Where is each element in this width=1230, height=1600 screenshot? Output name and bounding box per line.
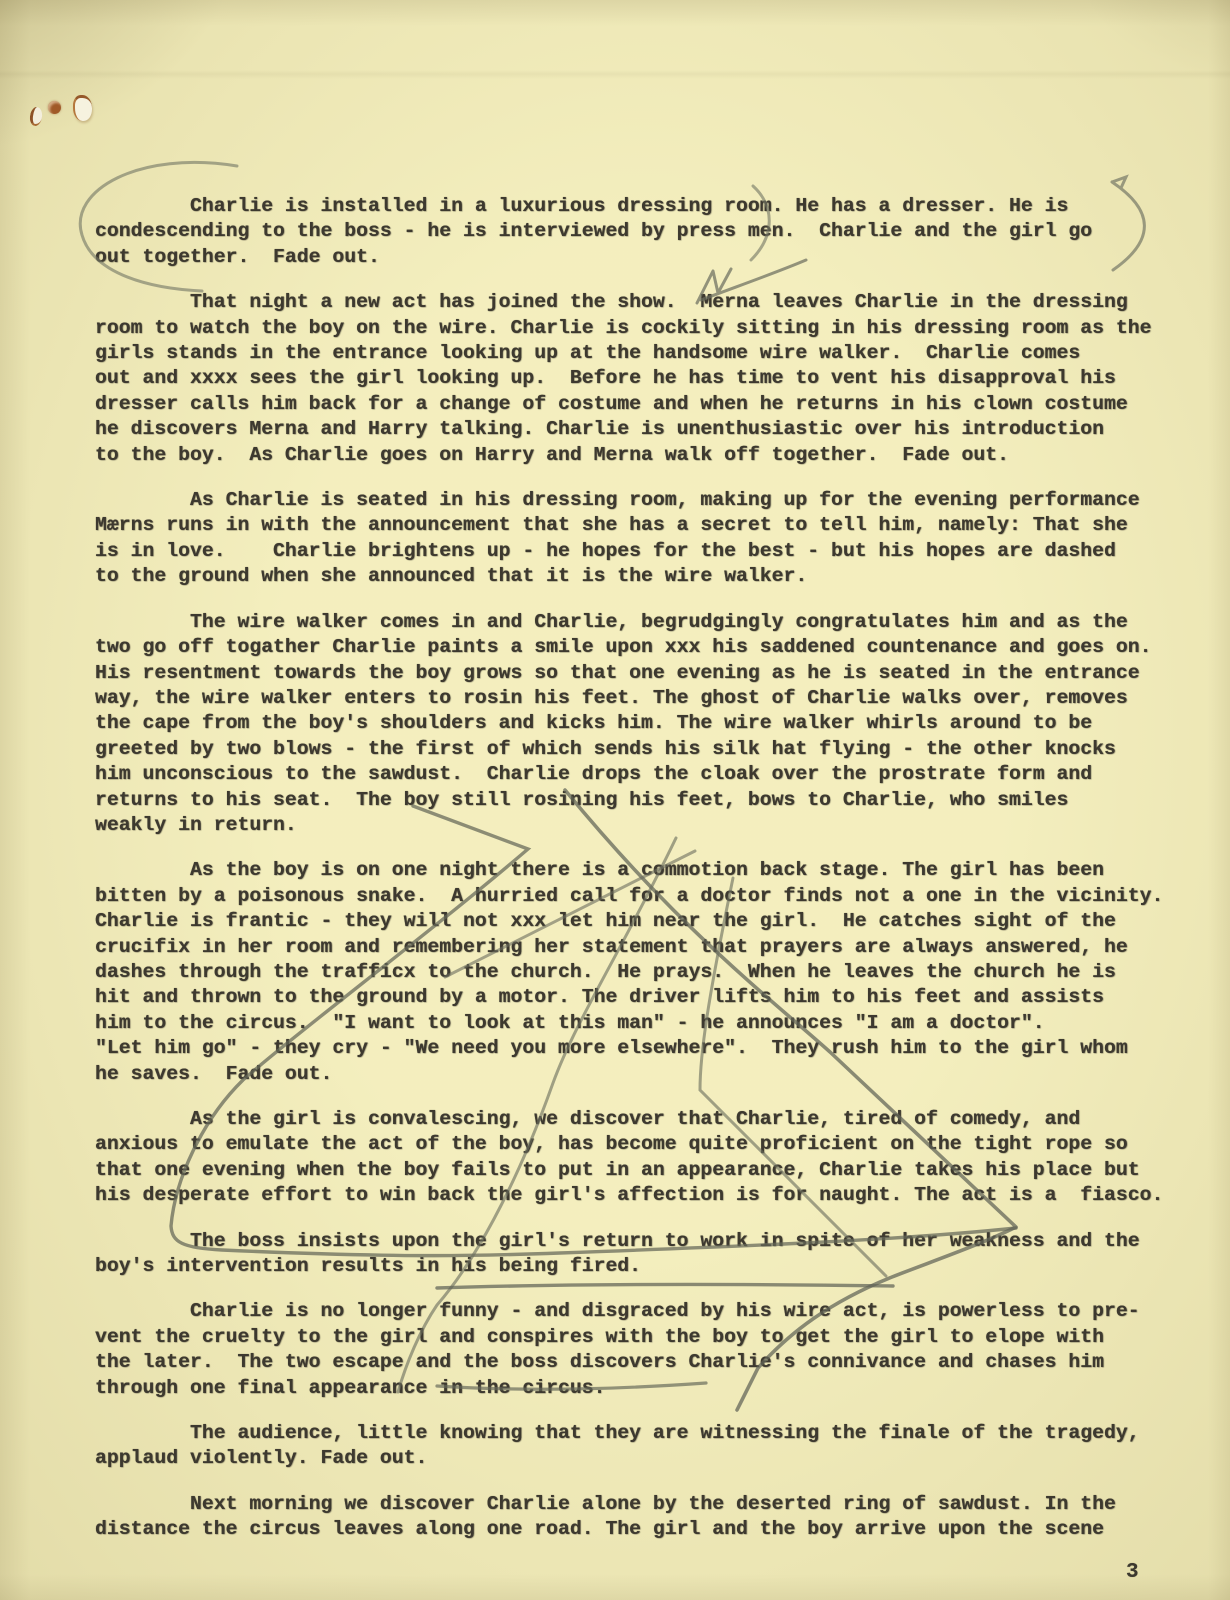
typed-line: His resentment towards the boy grows so … [95,661,1205,686]
typed-line: he discovers Merna and Harry talking. Ch… [95,417,1205,442]
typed-line: As the boy is on one night there is a co… [95,858,1205,883]
typed-line: vent the cruelty to the girl and conspir… [95,1325,1205,1350]
typed-line: Mærns runs in with the announcement that… [95,513,1205,538]
typed-line: anxious to emulate the act of the boy, h… [95,1132,1205,1157]
typed-line: out together. Fade out. [95,245,1205,270]
typed-line: his desperate effort to win back the gir… [95,1183,1205,1208]
typed-line: him unconscious to the sawdust. Charlie … [95,762,1205,787]
typed-line: greeted by two blows - the first of whic… [95,737,1205,762]
typed-line: Charlie is frantic - they will not xxx l… [95,909,1205,934]
typed-line: he saves. Fade out. [95,1062,1205,1087]
typed-line: Charlie is installed in a luxurious dres… [95,194,1205,219]
typed-line: The audience, little knowing that they a… [95,1421,1205,1446]
scanned-page: Charlie is installed in a luxurious dres… [0,0,1230,1600]
typed-line: weakly in return. [95,813,1205,838]
staple-rust-mark [48,101,61,114]
typed-line: dresser calls him back for a change of c… [95,392,1205,417]
typed-line: As Charlie is seated in his dressing roo… [95,488,1205,513]
staple-rust-mark [73,95,92,121]
paragraph: That night a new act has joined the show… [95,290,1205,468]
typed-line: to the boy. As Charlie goes on Harry and… [95,443,1205,468]
typed-line: is in love. Charlie brightens up - he ho… [95,539,1205,564]
typed-line: that one evening when the boy fails to p… [95,1158,1205,1183]
typed-line: two go off togather Charlie paints a smi… [95,635,1205,660]
typed-line: Charlie is no longer funny - and disgrac… [95,1299,1205,1324]
typed-line: to the ground when she announced that it… [95,564,1205,589]
typed-line: out and xxxx sees the girl looking up. B… [95,366,1205,391]
typed-line: condescending to the boss - he is interv… [95,219,1205,244]
typed-line: hit and thrown to the ground by a motor.… [95,985,1205,1010]
typed-line: That night a new act has joined the show… [95,290,1205,315]
paragraph: As the girl is convalescing, we discover… [95,1107,1205,1209]
paragraph: Charlie is no longer funny - and disgrac… [95,1299,1205,1401]
typed-line: bitten by a poisonous snake. A hurried c… [95,884,1205,909]
typed-line: applaud violently. Fade out. [95,1446,1205,1471]
typed-line: him to the circus. "I want to look at th… [95,1011,1205,1036]
typed-line: the cape from the boy's shoulders and ki… [95,711,1205,736]
typed-line: distance the circus leaves along one roa… [95,1517,1205,1542]
paragraph: The boss insists upon the girl's return … [95,1229,1205,1280]
typed-text-body: Charlie is installed in a luxurious dres… [95,194,1205,1563]
page-number: 3 [1126,1561,1139,1584]
paragraph: The wire walker comes in and Charlie, be… [95,610,1205,839]
typed-line: "Let him go" - they cry - "We need you m… [95,1036,1205,1061]
typed-line: The wire walker comes in and Charlie, be… [95,610,1205,635]
typed-line: way, the wire walker enters to rosin his… [95,686,1205,711]
typed-line: boy's intervention results in his being … [95,1254,1205,1279]
typed-line: girls stands in the entrance looking up … [95,341,1205,366]
typed-line: through one final appearance in the circ… [95,1376,1205,1401]
typed-line: The boss insists upon the girl's return … [95,1229,1205,1254]
paragraph: The audience, little knowing that they a… [95,1421,1205,1472]
typed-line: returns to his seat. The boy still rosin… [95,788,1205,813]
paragraph: As the boy is on one night there is a co… [95,858,1205,1087]
typed-line: dashes through the trafficx to the churc… [95,960,1205,985]
staple-rust-mark [29,106,44,126]
typed-line: room to watch the boy on the wire. Charl… [95,316,1205,341]
paragraph: As Charlie is seated in his dressing roo… [95,488,1205,590]
paragraph: Next morning we discover Charlie alone b… [95,1492,1205,1543]
typed-line: the later. The two escape and the boss d… [95,1350,1205,1375]
paragraph: Charlie is installed in a luxurious dres… [95,194,1205,270]
typed-line: Next morning we discover Charlie alone b… [95,1492,1205,1517]
typed-line: crucifix in her room and remembering her… [95,935,1205,960]
typed-line: As the girl is convalescing, we discover… [95,1107,1205,1132]
